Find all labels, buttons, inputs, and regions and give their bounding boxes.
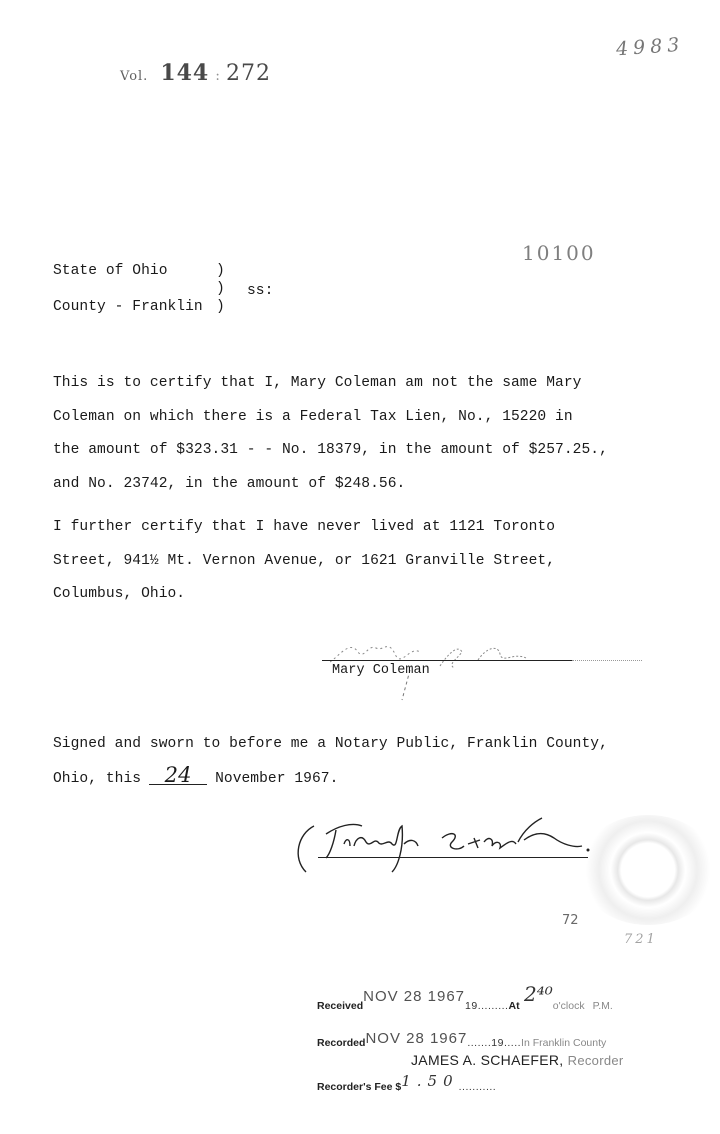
volume-prefix: Vol.	[120, 69, 148, 84]
recorder-name-text: JAMES A. SCHAEFER,	[411, 1052, 563, 1068]
affidavit-line: and No. 23742, in the amount of $248.56.	[53, 476, 405, 492]
at-label: At	[508, 1000, 519, 1012]
received-row: ReceivedNOV 28 196719.........At 2⁴⁰o'cl…	[317, 990, 613, 1014]
recorded-date: NOV 28 1967	[365, 1030, 467, 1047]
volume-page-stamp: Vol.144:272	[120, 60, 271, 86]
venue-paren-top: )	[216, 263, 225, 279]
page-number: 272	[226, 61, 271, 86]
scilicet-ss: ss:	[247, 283, 273, 299]
recorder-title: Recorder	[568, 1053, 624, 1068]
signature-line-extension	[572, 660, 642, 661]
affidavit-line: the amount of $323.31 - - No. 18379, in …	[53, 442, 608, 458]
received-year-suffix: 19	[465, 1000, 478, 1012]
jurat-prefix: Ohio, this	[53, 771, 141, 787]
handwritten-file-number: 4983	[615, 34, 685, 61]
affidavit-line: Columbus, Ohio.	[53, 586, 185, 602]
notary-seal	[578, 815, 718, 925]
notary-signature	[292, 808, 602, 883]
jurat-suffix: November 1967.	[215, 771, 338, 787]
county-text: In Franklin County	[521, 1037, 606, 1049]
received-date: NOV 28 1967	[363, 988, 465, 1005]
fee-label: Recorder's Fee $	[317, 1081, 401, 1093]
state-line: State of Ohio	[53, 263, 168, 279]
jurat-day-field: 24	[149, 766, 207, 785]
affidavit-line: I further certify that I have never live…	[53, 519, 555, 535]
received-label: Received	[317, 1000, 363, 1012]
affiant-name: Mary Coleman	[332, 663, 430, 678]
meridiem: P.M.	[593, 1000, 613, 1012]
affidavit-line: This is to certify that I, Mary Coleman …	[53, 375, 581, 391]
recorded-row: RecordedNOV 28 1967.......19.....In Fran…	[317, 1033, 606, 1051]
volume-number: 144	[160, 60, 209, 86]
document-number: 10100	[522, 241, 596, 265]
jurat-line-2: Ohio, this24November 1967.	[53, 766, 338, 787]
seal-mark: 721	[624, 932, 658, 947]
recorded-year-suffix: 19	[491, 1037, 504, 1049]
notary-signature-line	[318, 857, 588, 858]
affidavit-line: Coleman on which there is a Federal Tax …	[53, 409, 573, 425]
document-page: Vol.144:272 4983 10100 State of Ohio ) )…	[0, 0, 720, 1134]
jurat-line-1: Signed and sworn to before me a Notary P…	[53, 736, 608, 752]
affiant-signature-line	[322, 660, 572, 661]
received-time: 2⁴⁰	[524, 982, 553, 1006]
affidavit-line: Street, 941½ Mt. Vernon Avenue, or 1621 …	[53, 553, 555, 569]
oclock-label: o'clock	[553, 1000, 585, 1012]
county-line: County - Franklin	[53, 299, 203, 315]
venue-paren-middle: )	[216, 281, 225, 297]
fee-value: 1.50	[401, 1072, 458, 1090]
recorder-name: JAMES A. SCHAEFER, Recorder	[411, 1052, 624, 1068]
venue-paren-bottom: )	[216, 299, 225, 315]
recorded-label: Recorded	[317, 1037, 365, 1049]
seal-mark: 72	[562, 913, 579, 928]
recorder-fee-row: Recorder's Fee $1.50...........	[317, 1076, 496, 1095]
volume-separator: :	[215, 68, 220, 84]
